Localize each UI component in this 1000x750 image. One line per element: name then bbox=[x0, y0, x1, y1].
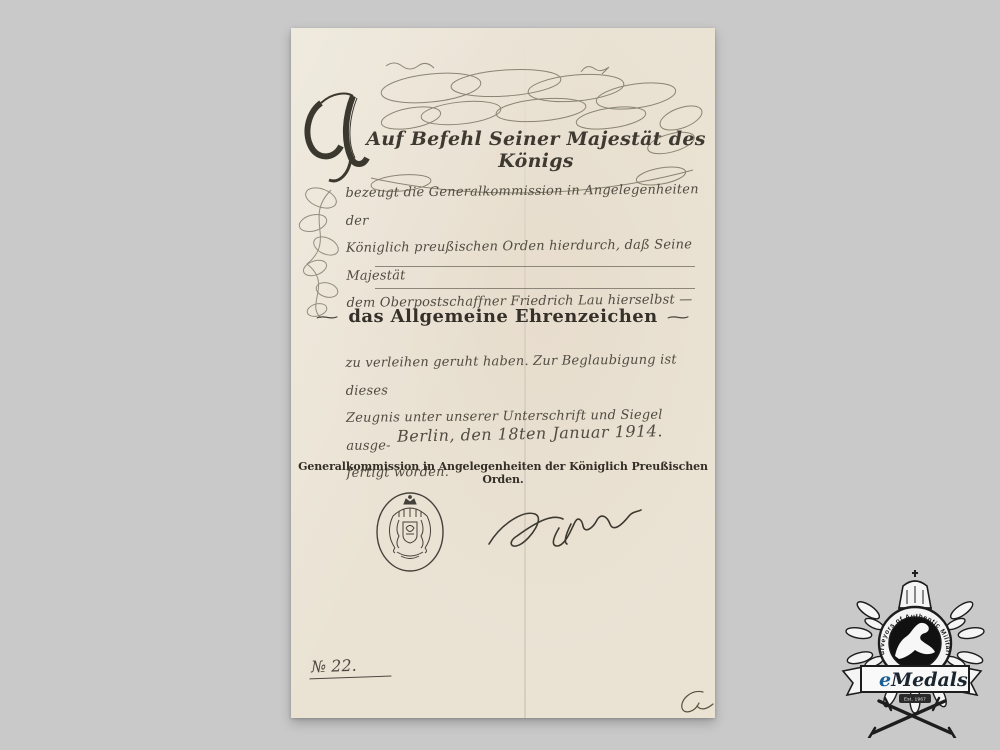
award-heading-text: das Allgemeine Ehrenzeichen bbox=[348, 306, 657, 327]
flourish-ornament-left: ~ bbox=[283, 308, 373, 326]
blank-rule-line bbox=[375, 266, 695, 267]
issuer-line: Generalkommission in Angelegenheiten der… bbox=[297, 460, 709, 486]
flourish-ornament-right: ~ bbox=[633, 308, 723, 326]
award-document: Auf Befehl Seiner Majestät des Königs be… bbox=[291, 28, 715, 718]
serial-number-text: № 22. bbox=[309, 655, 391, 680]
photo-background: Auf Befehl Seiner Majestät des Königs be… bbox=[0, 0, 1000, 750]
emedals-watermark: Purveyors of Authentic Militaria eMedals… bbox=[833, 570, 991, 738]
collector-initials-mark bbox=[673, 688, 717, 718]
signature-mark bbox=[483, 498, 647, 558]
award-heading: ~das Allgemeine Ehrenzeichen~ bbox=[307, 306, 699, 327]
established-text: Est. 1967 bbox=[904, 697, 926, 702]
seal-crown-icon bbox=[404, 499, 416, 504]
brand-name: eMedals bbox=[879, 669, 968, 691]
serial-number: № 22. bbox=[309, 655, 391, 677]
handwritten-line: bezeugt die Generalkommission in Angeleg… bbox=[345, 176, 708, 235]
royal-seal bbox=[373, 490, 447, 574]
document-headline: Auf Befehl Seiner Majestät des Königs bbox=[361, 128, 711, 172]
paper-fold-crease bbox=[524, 28, 526, 718]
handwritten-line: Königlich preußischen Orden hierdurch, d… bbox=[346, 231, 709, 290]
handwritten-line: zu verleihen geruht haben. Zur Beglaubig… bbox=[345, 346, 708, 405]
blank-rule-line bbox=[375, 288, 695, 289]
attestation-paragraph: bezeugt die Generalkommission in Angeleg… bbox=[345, 176, 708, 317]
illuminated-initial bbox=[306, 94, 367, 181]
